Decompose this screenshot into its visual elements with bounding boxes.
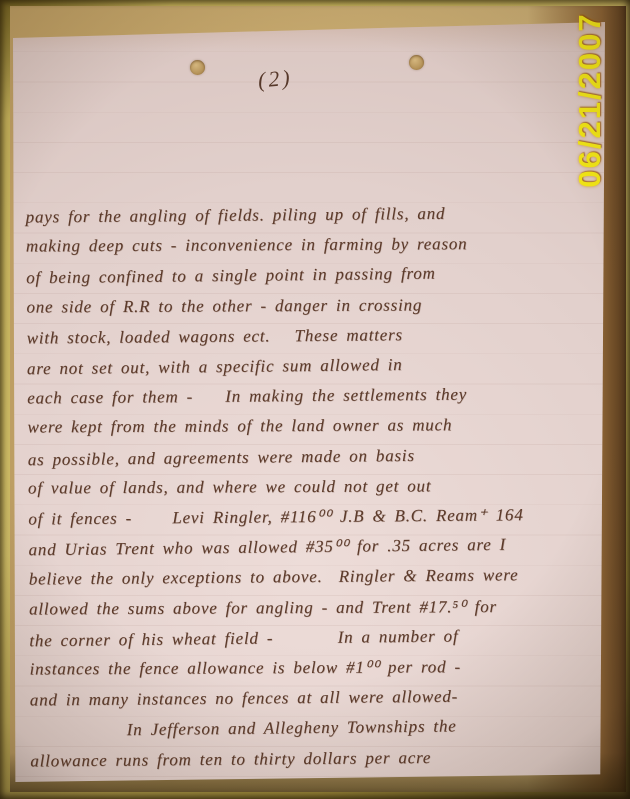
punch-hole-left	[190, 60, 205, 75]
handwritten-line: as possible, and agreements were made on…	[28, 438, 606, 475]
handwritten-line: pays for the angling of fields. piling u…	[26, 197, 604, 232]
handwriting-block: pays for the angling of fields. piling u…	[26, 197, 609, 776]
handwritten-line: instances the fence allowance is below #…	[30, 652, 608, 685]
handwritten-line: allowed the sums above for angling - and…	[29, 591, 607, 624]
punch-hole-right	[409, 55, 424, 70]
handwritten-line: of value of lands, and where we could no…	[28, 470, 606, 503]
handwritten-line: each case for them - In making the settl…	[27, 379, 605, 414]
page-number: (2)	[257, 65, 294, 94]
handwritten-line: believe the only exceptions to above. Ri…	[29, 560, 607, 595]
handwritten-line: one side of R.R to the other - danger in…	[26, 289, 604, 322]
photo-frame: (2) pays for the angling of fields. pili…	[0, 0, 630, 799]
camera-date-stamp: 06/21/2007	[573, 0, 607, 215]
handwritten-line: were kept from the minds of the land own…	[27, 410, 605, 443]
handwritten-line: the corner of his wheat field - In a num…	[29, 620, 607, 657]
handwritten-line: of being confined to a single point in p…	[26, 257, 604, 294]
handwritten-line: allowance runs from ten to thirty dollar…	[30, 741, 608, 776]
